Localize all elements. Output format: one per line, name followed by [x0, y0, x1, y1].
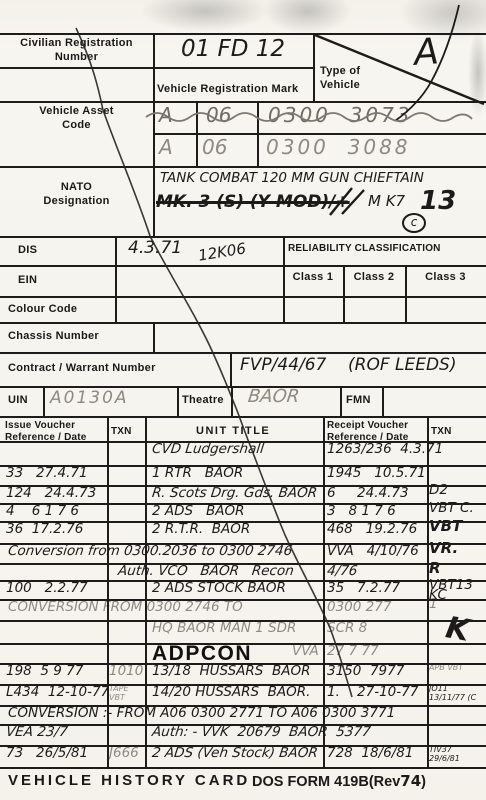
nato-cross-strokes — [330, 188, 364, 215]
cancellation-line — [76, 28, 352, 697]
form-rev-handwritten: 74 — [400, 772, 421, 790]
form-title: VEHICLE HISTORY CARD — [8, 772, 250, 789]
asset-row1-strike — [146, 113, 472, 121]
hand-strokes-overlay — [0, 0, 486, 800]
type-value-pen-stroke — [395, 5, 459, 121]
vehicle-history-card: Civilian Registration Number 01 FD 12 Ve… — [0, 0, 486, 800]
form-number: DOS FORM 419B(Rev74) — [252, 772, 426, 790]
type-cell-diagonal — [315, 35, 484, 104]
